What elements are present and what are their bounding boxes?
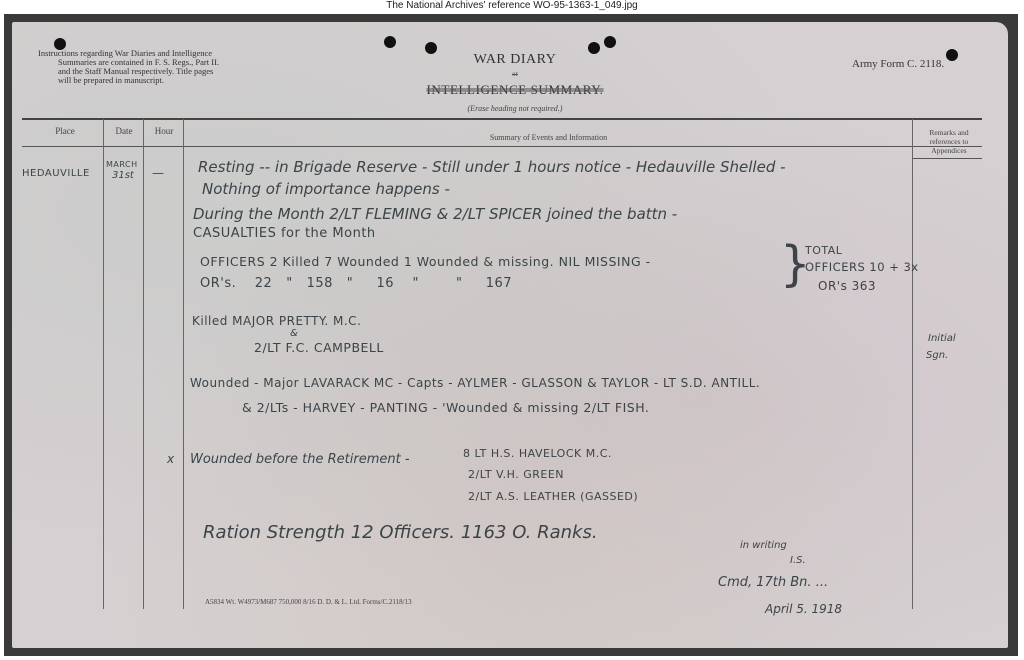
header-bottom-rule <box>22 146 982 147</box>
entry-line: Nothing of importance happens - <box>202 180 450 198</box>
army-form-number: Army Form C. 2118. <box>852 58 944 70</box>
entry-date-day: 31st <box>112 170 134 181</box>
casualties-total-officers: OFFICERS 10 + 3x <box>805 260 919 274</box>
punch-hole <box>604 36 616 48</box>
column-divider <box>912 119 913 609</box>
ration-strength: Ration Strength 12 Officers. 1163 O. Ran… <box>203 522 598 543</box>
column-divider <box>183 119 184 609</box>
table-top-rule <box>22 118 982 120</box>
form-instructions: Instructions regarding War Diaries and I… <box>38 49 278 85</box>
signature-date: April 5. 1918 <box>765 602 842 616</box>
entry-place: HEDAUVILLE <box>22 168 90 179</box>
casualties-ors: OR's. 22 " 158 " 16 " " 167 <box>200 276 512 291</box>
punch-hole <box>425 42 437 54</box>
killed-line: Killed MAJOR PRETTY. M.C. <box>192 314 361 328</box>
signature-line: Cmd, 17th Bn. ... <box>718 575 828 590</box>
retirement-name: 8 LT H.S. HAVELOCK M.C. <box>463 447 612 460</box>
wounded-line: Wounded - Major LAVARACK MC - Capts - AY… <box>190 376 760 390</box>
killed-ampersand: & <box>290 328 298 339</box>
entry-line: During the Month 2/LT FLEMING & 2/LT SPI… <box>193 205 677 223</box>
punch-hole <box>946 49 958 61</box>
column-header-place: Place <box>35 126 95 136</box>
retirement-mark: x <box>167 452 174 466</box>
image-caption: The National Archives' reference WO-95-1… <box>0 0 1024 14</box>
casualties-officers: OFFICERS 2 Killed 7 Wounded 1 Wounded & … <box>200 254 651 269</box>
form-title-war-diary: WAR DIARY <box>440 52 590 68</box>
wounded-line: & 2/LTs - HARVEY - PANTING - 'Wounded & … <box>242 400 649 415</box>
signature-line: I.S. <box>790 555 806 566</box>
punch-hole <box>384 36 396 48</box>
retirement-name: 2/LT A.S. LEATHER (GASSED) <box>468 490 638 503</box>
form-title-or: or <box>505 70 525 78</box>
erase-note: (Erase heading not required.) <box>420 104 610 113</box>
remarks-note: Initial <box>928 333 956 344</box>
entry-line: Resting -- in Brigade Reserve - Still un… <box>198 158 786 176</box>
printer-imprint: A5834 Wt. W4973/M687 750,000 8/16 D. D. … <box>205 598 412 606</box>
casualties-total-label: TOTAL <box>805 244 842 257</box>
column-header-summary: Summary of Events and Information <box>185 133 912 142</box>
casualties-total-ors: OR's 363 <box>818 279 876 293</box>
form-title-intelligence-summary: INTELLIGENCE SUMMARY. <box>390 82 640 98</box>
column-header-date: Date <box>105 126 143 136</box>
remarks-note: Sgn. <box>926 350 948 361</box>
remarks-header-line: Appendices <box>914 146 984 155</box>
instruction-line: will be prepared in manuscript. <box>38 76 278 85</box>
killed-line: 2/LT F.C. CAMPBELL <box>254 340 384 355</box>
remarks-header-line: references to <box>914 137 984 146</box>
column-header-remarks: Remarks and references to Appendices <box>914 128 984 155</box>
remarks-header-line: Remarks and <box>914 128 984 137</box>
remarks-header-rule <box>912 158 982 159</box>
retirement-name: 2/LT V.H. GREEN <box>468 468 564 481</box>
entry-date-month: MARCH <box>106 160 138 169</box>
entry-line: CASUALTIES for the Month <box>193 226 376 241</box>
column-divider <box>143 119 144 609</box>
signature-line: in writing <box>740 540 787 551</box>
column-header-hour: Hour <box>145 126 183 136</box>
column-divider <box>103 119 104 609</box>
entry-hour: — <box>152 166 164 180</box>
retirement-label: Wounded before the Retirement - <box>190 452 410 467</box>
war-diary-page <box>12 22 1008 648</box>
